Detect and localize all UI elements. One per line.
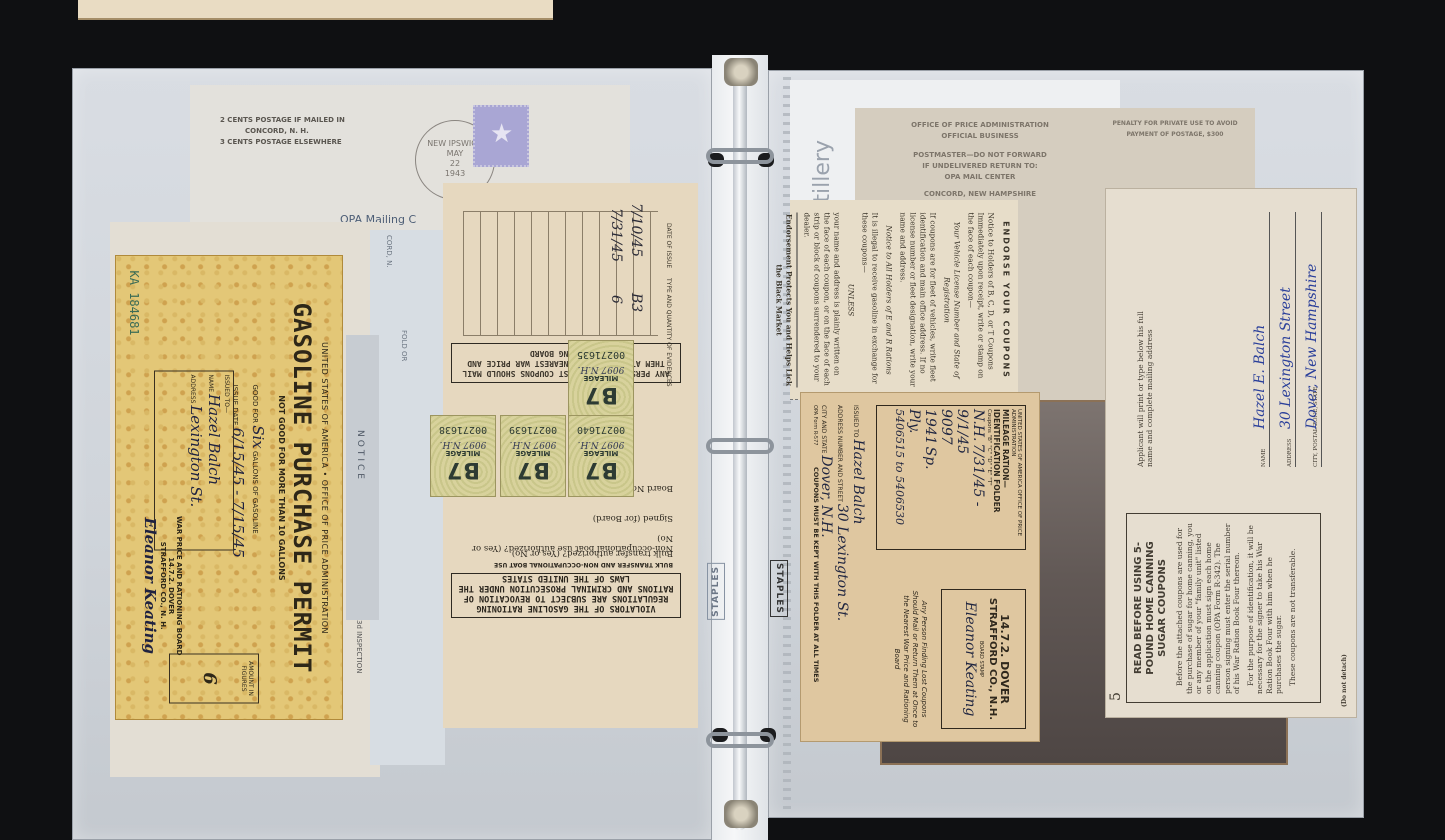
binder-ring-bottom[interactable]	[706, 732, 774, 748]
mileage-coupon: B7 MILEAGE 9097 N.H. 00271635	[568, 340, 634, 422]
stray-document-edge	[78, 0, 553, 20]
mileage-identification-folder: UNITED STATES OF AMERICA OFFICE OF PRICE…	[800, 392, 1040, 742]
staples-logo-mirrored: STAPLES	[707, 563, 725, 620]
violators-notice: VIOLATORS OF THE GASOLINE RATIONING REGU…	[451, 573, 681, 618]
endorse-coupons-card: ENDORSE YOUR COUPONS Notice to Holders o…	[790, 200, 1018, 400]
notice-strip: NOTICE	[346, 335, 379, 620]
permit-title: GASOLINE PURCHASE PERMIT	[288, 274, 316, 701]
inspection-label: 3d INSPECTION	[355, 620, 363, 673]
permit-serial: KA 184681	[127, 270, 141, 335]
gasoline-purchase-permit: UNITED STATES OF AMERICA • OFFICE OF PRI…	[115, 255, 343, 720]
amount-box: AMOUNT IN FIGURES 6	[169, 653, 259, 703]
rationing-board: WAR PRICE AND RATIONING BOARD 14.7.2. DO…	[141, 516, 183, 655]
blue-inspection-card: FOLD OR CORD, N.	[370, 230, 445, 765]
mileage-coupon: B7 MILEAGE 9097 N.H. 00271640	[568, 415, 634, 497]
top-screw-icon	[724, 58, 758, 86]
postage-notice: 2 CENTS POSTAGE IF MAILED IN CONCORD, N.…	[220, 115, 345, 148]
binder-ring-middle[interactable]	[706, 438, 774, 454]
staples-logo: STAPLES	[770, 560, 788, 617]
binder-ring-top[interactable]	[706, 148, 774, 164]
mileage-coupon: B7 MILEAGE 9097 N.H. 00271638	[430, 415, 496, 497]
home-canning-sugar-card: 5 READ BEFORE USING 5-POUND HOME CANNING…	[1105, 188, 1357, 718]
mileage-coupon: B7 MILEAGE 9097 N.H. 00271639	[500, 415, 566, 497]
applicant-address-form: NAMEHazel E. Balch ADDRESS30 Lexington S…	[1246, 212, 1324, 467]
vehicle-info-box: UNITED STATES OF AMERICA OFFICE OF PRICE…	[876, 405, 1026, 550]
bottom-screw-icon	[724, 800, 758, 828]
postage-stamp-icon	[473, 105, 529, 167]
sugar-instructions-box: READ BEFORE USING 5-POUND HOME CANNING S…	[1126, 513, 1321, 703]
lost-coupons-notice: ANY PERSON FINDING LOST COUPONS SHOULD M…	[451, 343, 681, 383]
board-stamp: 14.7.2. DOVER STRAFFORD CO., N.H. BOARD …	[941, 589, 1026, 729]
